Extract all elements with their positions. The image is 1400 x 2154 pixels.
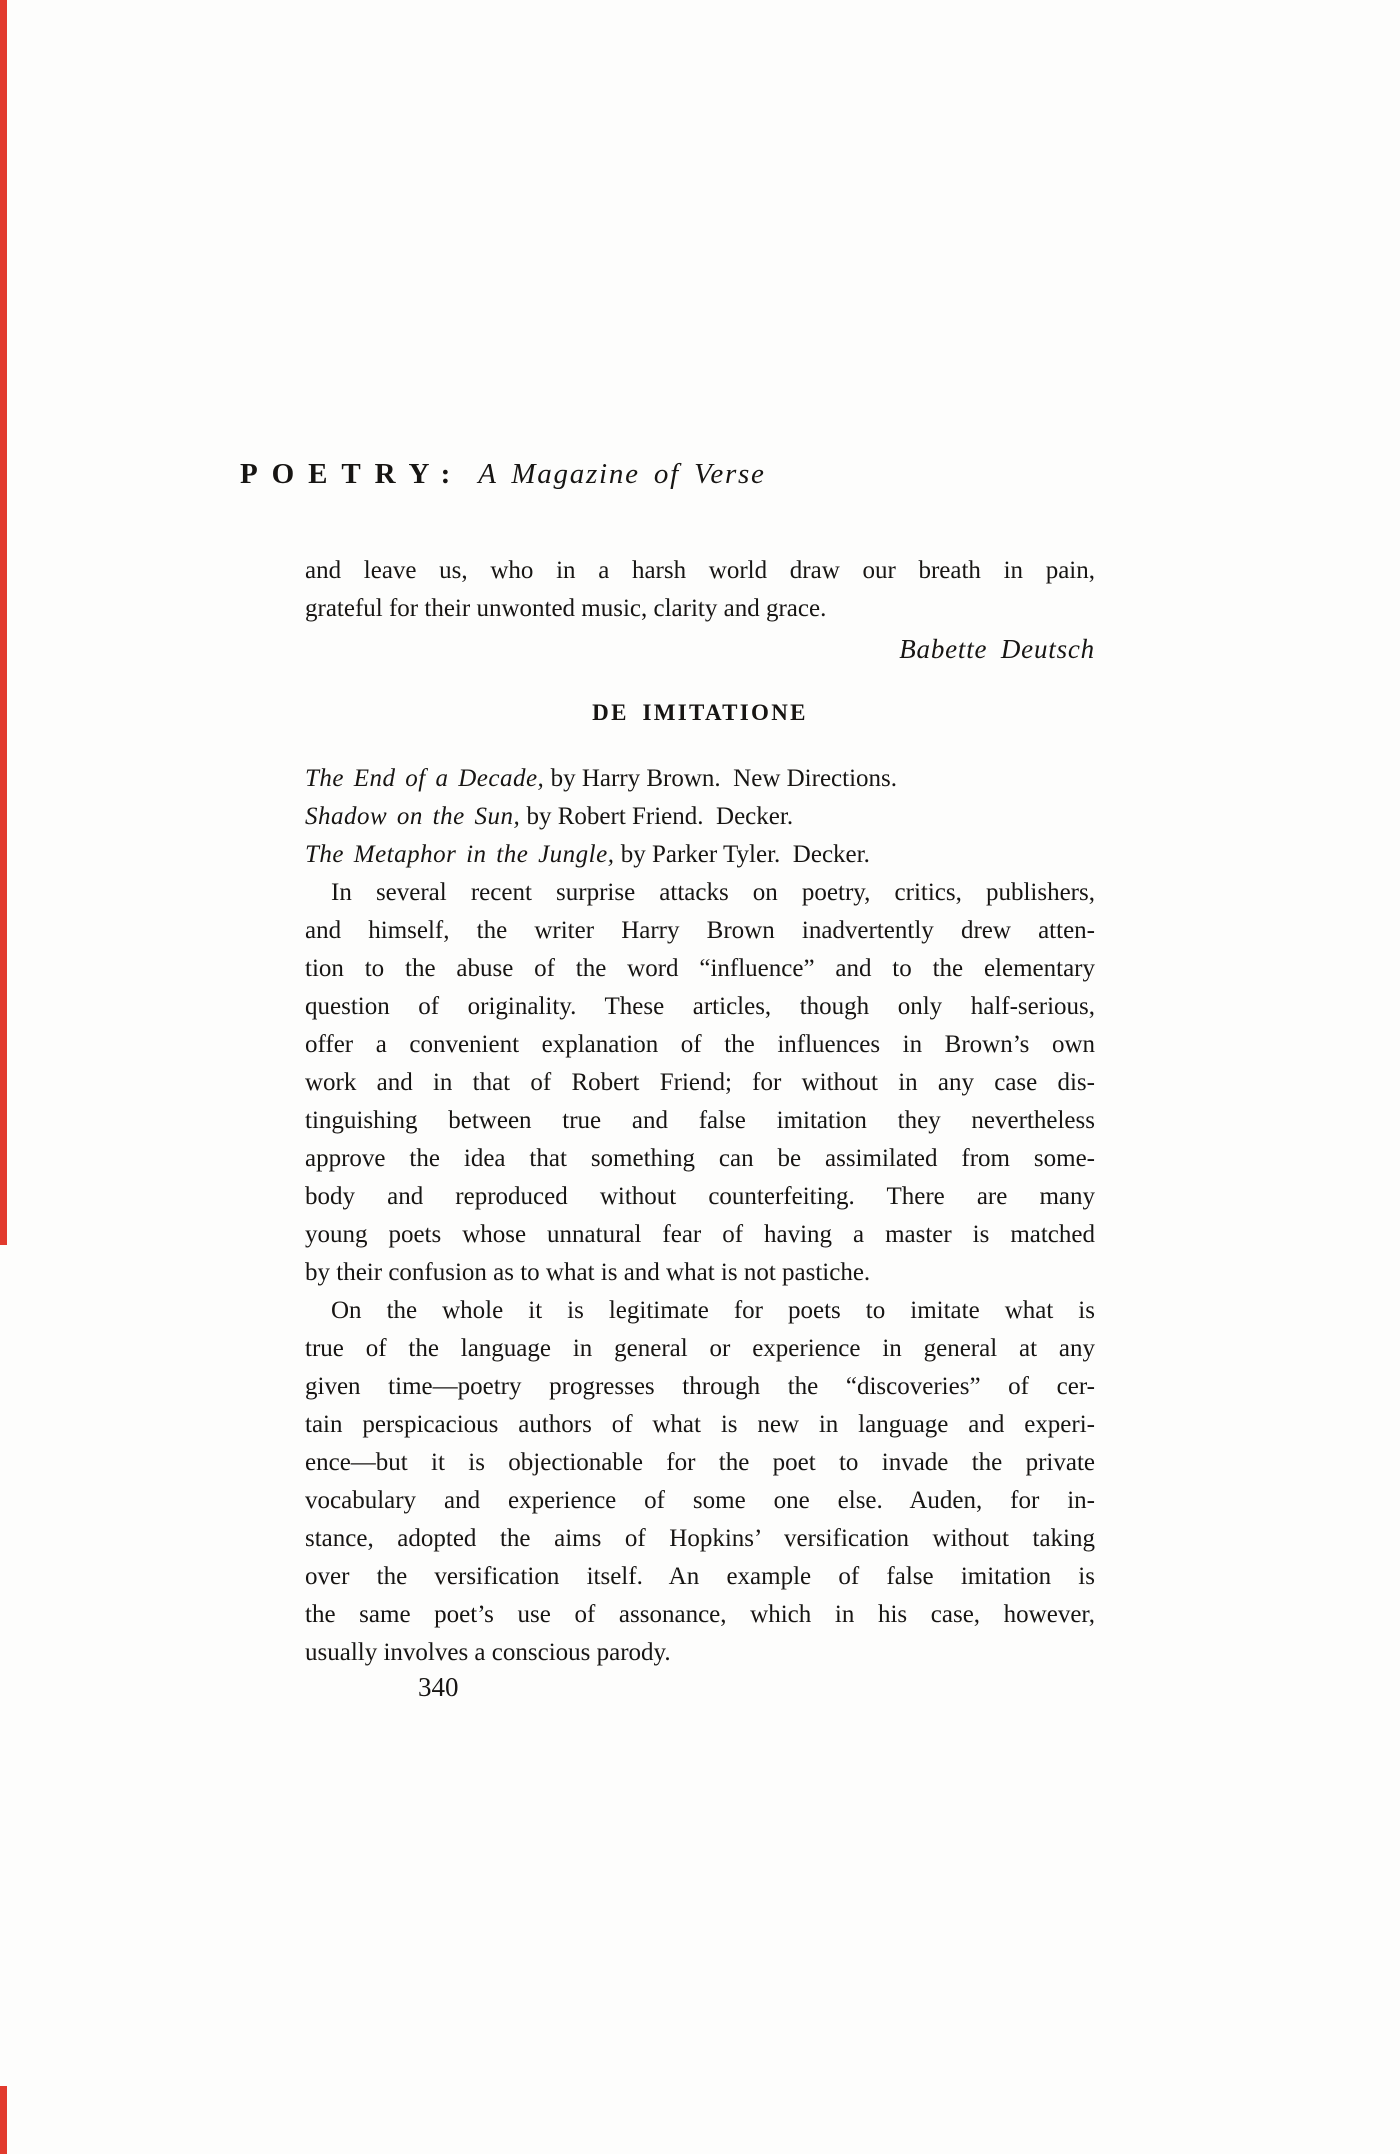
paragraph-line: question of originality. These articles,… — [305, 988, 1095, 1026]
paragraph-line: approve the idea that something can be a… — [305, 1140, 1095, 1178]
paragraph-line: and himself, the writer Harry Brown inad… — [305, 912, 1095, 950]
book-entry: The End of a Decade, by Harry Brown. New… — [305, 760, 1095, 798]
journal-header: POETRY:A Magazine of Verse — [240, 458, 766, 491]
page-number: 340 — [418, 1668, 459, 1706]
scanned-page: POETRY:A Magazine of Verse and leave us,… — [0, 0, 1400, 2154]
review-paragraph: In several recent surprise attacks on po… — [305, 874, 1095, 1292]
paragraph-line: On the whole it is legitimate for poets … — [305, 1292, 1095, 1330]
book-title: Shadow on the Sun, — [305, 803, 520, 830]
paragraph-line: In several recent surprise attacks on po… — [305, 874, 1095, 912]
paragraph-line: true of the language in general or exper… — [305, 1330, 1095, 1368]
scan-edge-artifact-top — [0, 0, 7, 1245]
book-title: The End of a Decade, — [305, 765, 544, 792]
paragraph-line: young poets whose unnatural fear of havi… — [305, 1216, 1095, 1254]
paragraph-line: stance, adopted the aims of Hopkins’ ver… — [305, 1520, 1095, 1558]
poem-attribution: Babette Deutsch — [305, 630, 1095, 668]
scan-edge-artifact-bottom — [0, 2086, 7, 2154]
paragraph-line: over the versification itself. An exampl… — [305, 1558, 1095, 1596]
book-entry: Shadow on the Sun, by Robert Friend. Dec… — [305, 798, 1095, 836]
paragraph-line: the same poet’s use of assonance, which … — [305, 1596, 1095, 1634]
book-entry: The Metaphor in the Jungle, by Parker Ty… — [305, 836, 1095, 874]
paragraph-line: usually involves a conscious parody. — [305, 1634, 1095, 1672]
paragraph-line: ence—but it is objectionable for the poe… — [305, 1444, 1095, 1482]
section-heading: DE IMITATIONE — [305, 700, 1095, 726]
paragraph-line: tinguishing between true and false imita… — [305, 1102, 1095, 1140]
review-paragraph: On the whole it is legitimate for poets … — [305, 1292, 1095, 1672]
paragraph-line: by their confusion as to what is and wha… — [305, 1254, 1095, 1292]
paragraph-line: offer a convenient explanation of the in… — [305, 1026, 1095, 1064]
poem-line: and leave us, who in a harsh world draw … — [305, 552, 1095, 590]
paragraph-line: vocabulary and experience of some one el… — [305, 1482, 1095, 1520]
paragraph-line: body and reproduced without counterfeiti… — [305, 1178, 1095, 1216]
book-details: by Robert Friend. Decker. — [520, 803, 793, 830]
book-details: by Harry Brown. New Directions. — [544, 765, 897, 792]
journal-title: POETRY: — [240, 458, 464, 490]
journal-subtitle: A Magazine of Verse — [478, 458, 765, 490]
book-details: by Parker Tyler. Decker. — [614, 841, 869, 868]
paragraph-line: given time—poetry progresses through the… — [305, 1368, 1095, 1406]
paragraph-line: tain perspicacious authors of what is ne… — [305, 1406, 1095, 1444]
poem-line: grateful for their unwonted music, clari… — [305, 590, 1095, 628]
book-title: The Metaphor in the Jungle, — [305, 841, 614, 868]
paragraph-line: tion to the abuse of the word “influence… — [305, 950, 1095, 988]
book-list: The End of a Decade, by Harry Brown. New… — [305, 760, 1095, 874]
poem-excerpt: and leave us, who in a harsh world draw … — [305, 552, 1095, 628]
paragraph-line: work and in that of Robert Friend; for w… — [305, 1064, 1095, 1102]
